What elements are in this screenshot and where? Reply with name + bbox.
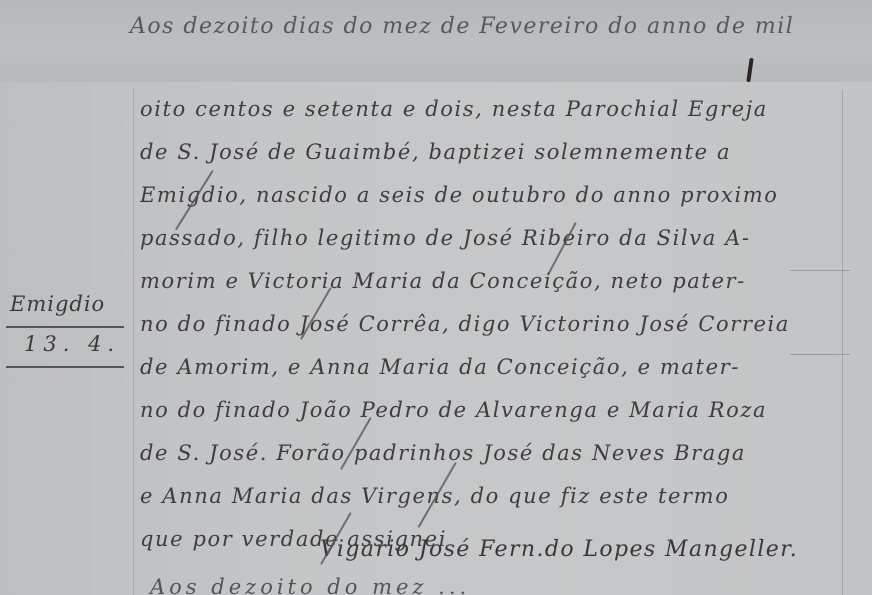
margin-note: Emigdio 13. 4. [6, 292, 130, 372]
record-line: de Amorim, e Anna Maria da Conceição, e … [140, 346, 860, 389]
margin-note-number: 13. 4. [6, 332, 130, 364]
record-line: morim e Victoria Maria da Conceição, net… [140, 260, 860, 303]
margin-note-name: Emigdio [6, 292, 130, 324]
record-line: de S. José de Guaimbé, baptizei solemnem… [140, 131, 860, 174]
record-line: oito centos e setenta e dois, nesta Paro… [140, 88, 860, 131]
record-line: passado, filho legitimo de José Ribeiro … [140, 217, 860, 260]
margin-underline [6, 366, 124, 368]
line-tail [790, 270, 850, 271]
priest-signature: Vigario José Fern.do Lopes Mangeller. [320, 537, 798, 562]
record-line: e Anna Maria das Virgens, do que fiz est… [140, 475, 860, 518]
margin-underline [6, 326, 124, 328]
record-line: no do finado José Corrêa, digo Victorino… [140, 303, 860, 346]
line-tail [790, 354, 850, 355]
partial-next-record-line: Aos dezoito do mez ... [150, 575, 470, 595]
record-line: de S. José. Forão padrinhos José das Nev… [140, 432, 860, 475]
record-body: oito centos e setenta e dois, nesta Paro… [140, 88, 860, 561]
record-line: no do finado João Pedro de Alvarenga e M… [140, 389, 860, 432]
ink-mark [746, 58, 753, 82]
previous-page-strip: Aos dezoito dias do mez de Fevereiro do … [0, 0, 872, 82]
left-margin-rule [133, 88, 134, 595]
manuscript-page: Emigdio 13. 4. oito centos e setenta e d… [0, 82, 872, 595]
record-line: Emigdio, nascido a seis de outubro do an… [140, 174, 860, 217]
previous-page-line: Aos dezoito dias do mez de Fevereiro do … [130, 14, 794, 39]
